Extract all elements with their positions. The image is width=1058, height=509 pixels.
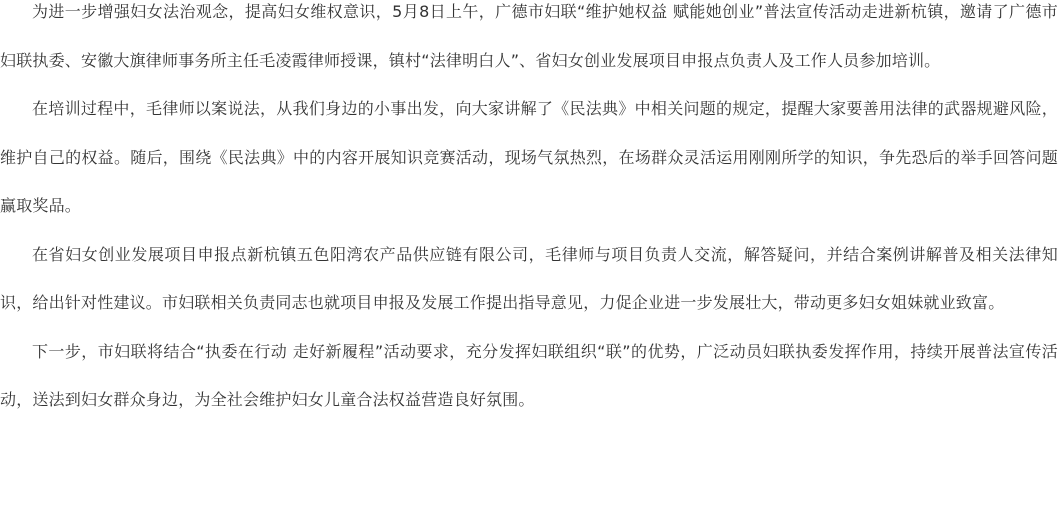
article-body: 为进一步增强妇女法治观念，提高妇女维权意识，5月8日上午，广德市妇联“维护她权益… [0,0,1058,425]
paragraph-intro: 为进一步增强妇女法治观念，提高妇女维权意识，5月8日上午，广德市妇联“维护她权益… [0,0,1058,85]
paragraph-training: 在培训过程中，毛律师以案说法，从我们身边的小事出发，向大家讲解了《民法典》中相关… [0,85,1058,231]
paragraph-next-steps: 下一步，市妇联将结合“执委在行动 走好新履程”活动要求，充分发挥妇联组织“联”的… [0,328,1058,425]
paragraph-project-visit: 在省妇女创业发展项目申报点新杭镇五色阳湾农产品供应链有限公司，毛律师与项目负责人… [0,231,1058,328]
